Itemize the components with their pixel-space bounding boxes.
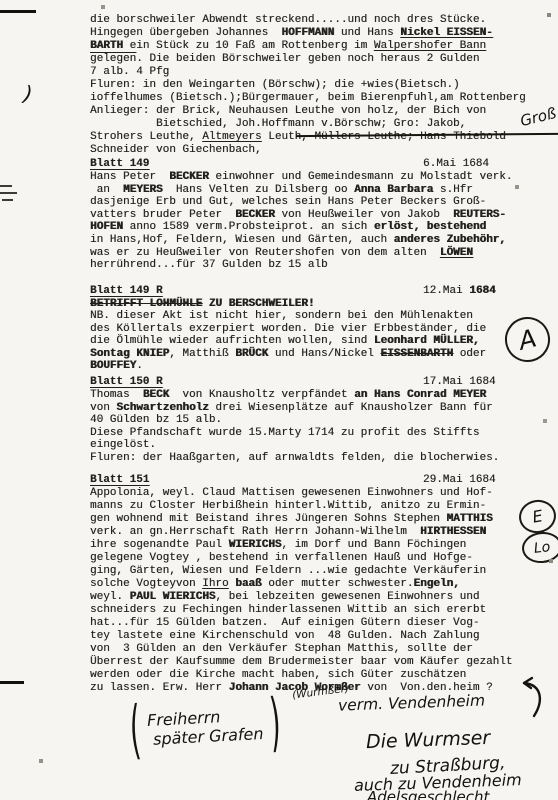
- text-line: manns zu Closter Herbißhein hinterl.Witt…: [90, 500, 556, 513]
- circled-e-letter: E: [531, 506, 544, 526]
- text-line: Sontag KNIEP, Matthiß BRÜCK und Hans/Nic…: [90, 348, 556, 360]
- text-line: schneiders zu Fechingen hinderlassenen W…: [90, 604, 556, 617]
- curved-arrow-icon: [498, 676, 544, 718]
- circled-a-letter: A: [516, 323, 540, 355]
- record-date: 12.Mai 1684: [423, 285, 496, 297]
- text-line: gen wohnend mit Beistand ihres Jüngeren …: [90, 513, 556, 526]
- text-line: BARTH ein Stück zu 10 Faß am Rottenberg …: [90, 40, 556, 53]
- text-line: BETRIFFT LOHMÜHLE ZU BERSCHWEILER!: [90, 298, 556, 310]
- text-line: von Schwartzenholz drei Wiesenplätze auf…: [90, 402, 556, 415]
- blatt-title: Blatt 151: [90, 474, 149, 486]
- text-line: werden oder die Kirche macht haben, sich…: [90, 669, 556, 682]
- text-line: Diese Pfandschaft wurde 15.Marty 1714 zu…: [90, 427, 556, 440]
- text-line: 7 alb. 4 Pfg: [90, 66, 556, 79]
- text-line: Thomas BECK von Knausholtz verpfändet an…: [90, 389, 556, 402]
- text-line: Hans Peter BECKER einwohner und Gemeinde…: [90, 171, 556, 184]
- blatt-title: Blatt 149 R: [90, 285, 163, 297]
- record-block-blatt-151: Blatt 15129.Mai 1684Appolonia, weyl. Cla…: [90, 474, 556, 695]
- text-line: Fluren: in den Weingarten (Börschw); die…: [90, 79, 556, 92]
- text-line: an MEYERS Hans Velten zu Dilsberg oo Ann…: [90, 184, 556, 197]
- text-line: dasjenige Erb und Gut, welches sein Hans…: [90, 196, 556, 209]
- text-line: Schneider von Giechenbach,: [90, 144, 556, 157]
- handwritten-freiherrn-note: ( Freiherrn später Grafen ): [129, 704, 281, 750]
- record-header: Blatt 150 R17.Mai 1684: [90, 376, 556, 389]
- text-line: solche Vogteyvon Ihro baaß oder mutter s…: [90, 578, 556, 591]
- text-line: die Ölmühle wieder aufrichten wollen, si…: [90, 335, 556, 347]
- record-date: 17.Mai 1684: [423, 376, 496, 389]
- text-line: hat...für 15 Gülden batzen. Auf einigen …: [90, 617, 556, 630]
- text-line: BOUFFEY.: [90, 360, 556, 372]
- margin-dash: [0, 185, 12, 187]
- record-header: Blatt 1496.Mai 1684: [90, 158, 556, 171]
- text-line: herrührend...für 37 Gulden bz 15 alb: [90, 259, 556, 272]
- margin-rule-bottom: [0, 681, 24, 684]
- text-line: von 3 Gülden an den Verkäufer Stephan Ma…: [90, 643, 556, 656]
- text-line: in Hans,Hof, Feldern, Wiesen und Gärten,…: [90, 234, 556, 247]
- text-line: gelegene Vogtey , bestehend in verfallen…: [90, 552, 556, 565]
- record-block-blatt-150r: Blatt 150 R17.Mai 1684Thomas BECK von Kn…: [90, 376, 556, 464]
- margin-dash: [0, 192, 17, 194]
- handwritten-verm-vendenheim: verm. Vendenheim: [338, 691, 486, 714]
- hand-paren-left: (: [128, 694, 142, 767]
- text-line: Überrest der Kaufsumme dem Brudermeister…: [90, 656, 556, 669]
- text-line: ioffelhumes (Bietsch.);Bürgermauer, beim…: [90, 92, 556, 105]
- freiherrn-lines: Freiherrn später Grafen: [147, 705, 264, 749]
- text-line: vatters bruder Peter BECKER von Heußweil…: [90, 209, 556, 222]
- text-line: ging, Gärten, Wiesen und Feldern ...wie …: [90, 565, 556, 578]
- record-block-blatt-149r: Blatt 149 R12.Mai 1684BETRIFFT LOHMÜHLE …: [90, 285, 556, 372]
- text-line: ihre sogenandte Paul WIERICHS, im Dorf u…: [90, 539, 556, 552]
- record-date: 29.Mai 1684: [423, 474, 496, 487]
- margin-paren-mark: ): [22, 82, 34, 107]
- text-line: 40 Gülden bz 15 alb.: [90, 414, 556, 427]
- text-line: eingelöst.: [90, 439, 556, 452]
- text-line: des Köllertals exzerpiert worden. Die vi…: [90, 323, 556, 335]
- record-date: 6.Mai 1684: [423, 158, 489, 171]
- text-line: Anlieger: der Brick, Neuhausen Leuthe vo…: [90, 105, 556, 118]
- blatt-title: Blatt 150 R: [90, 376, 163, 388]
- text-line: tey lastete eine Kirchenschuld von 48 Gu…: [90, 630, 556, 643]
- text-line: Hingegen übergeben Johannes HOFFMANN und…: [90, 27, 556, 40]
- scan-specks: [0, 0, 2, 2]
- circled-lo-letters: Lo: [533, 539, 551, 557]
- text-line: weyl. PAUL WIERICHS, bei lebzeiten gewes…: [90, 591, 556, 604]
- hand-paren-right: ): [268, 687, 282, 760]
- text-line: Bietschied, Joh.Hoffmann v.Börschw; Gro:…: [90, 118, 556, 131]
- text-line: gelegen. Die beiden Börschweiler geben n…: [90, 53, 556, 66]
- handwritten-adelsgeschlecht: Adelsgeschlecht.: [367, 788, 494, 800]
- text-line: verk. an gn.Herrschaft Rath Herrn Johann…: [90, 526, 556, 539]
- handwritten-die-wurmser: Die Wurmser: [366, 727, 491, 753]
- scanned-document-page: die borschweiler Abwendt streckend.....u…: [0, 0, 558, 800]
- margin-rule-top: [0, 10, 36, 13]
- text-line: die borschweiler Abwendt streckend.....u…: [90, 14, 556, 27]
- text-line: Appolonia, weyl. Claud Mattisen gewesene…: [90, 487, 556, 500]
- text-line: HOFEN anno 1589 verm.Probsteiprot. an si…: [90, 221, 556, 234]
- margin-dash: [2, 199, 13, 201]
- text-line: NB. dieser Akt ist nicht hier, sondern b…: [90, 310, 556, 322]
- record-block-blatt-149: Blatt 1496.Mai 1684Hans Peter BECKER ein…: [90, 158, 556, 272]
- blatt-title: Blatt 149: [90, 158, 149, 170]
- text-line: was er zu Heußweiler von Reutershofen vo…: [90, 247, 556, 260]
- record-header: Blatt 149 R12.Mai 1684: [90, 285, 556, 298]
- record-header: Blatt 15129.Mai 1684: [90, 474, 556, 487]
- text-line: Fluren: der Haaßgarten, auf arnwaldts fe…: [90, 452, 556, 465]
